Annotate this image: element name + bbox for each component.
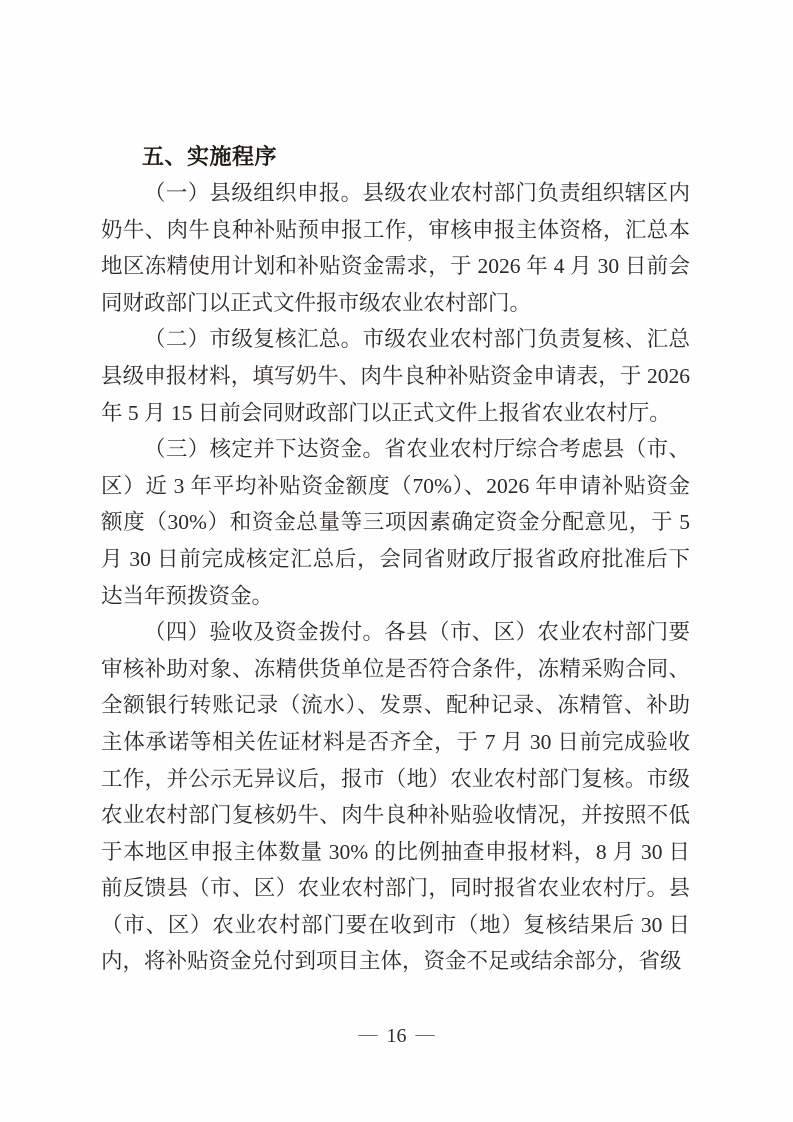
paragraph-county-application: （一）县级组织申报。县级农业农村部门负责组织辖区内奶牛、肉牛良种补贴预申报工作，… (101, 175, 690, 321)
footer-right-dash: — (416, 1024, 435, 1045)
paragraph-city-review: （二）市级复核汇总。市级农业农村部门负责复核、汇总县级申报材料，填写奶牛、肉牛良… (101, 321, 690, 431)
page-number: 16 (387, 1025, 407, 1047)
page-footer: —16— (0, 1022, 793, 1051)
section-heading: 五、实施程序 (101, 138, 690, 175)
paragraph-fund-approval: （三）核定并下达资金。省农业农村厅综合考虑县（市、区）近 3 年平均补贴资金额度… (101, 431, 690, 614)
paragraph-acceptance-payment: （四）验收及资金拨付。各县（市、区）农业农村部门要审核补助对象、冻精供货单位是否… (101, 614, 690, 980)
document-content: 五、实施程序 （一）县级组织申报。县级农业农村部门负责组织辖区内奶牛、肉牛良种补… (101, 138, 690, 980)
document-page: 五、实施程序 （一）县级组织申报。县级农业农村部门负责组织辖区内奶牛、肉牛良种补… (0, 0, 793, 1122)
footer-left-dash: — (359, 1024, 378, 1045)
